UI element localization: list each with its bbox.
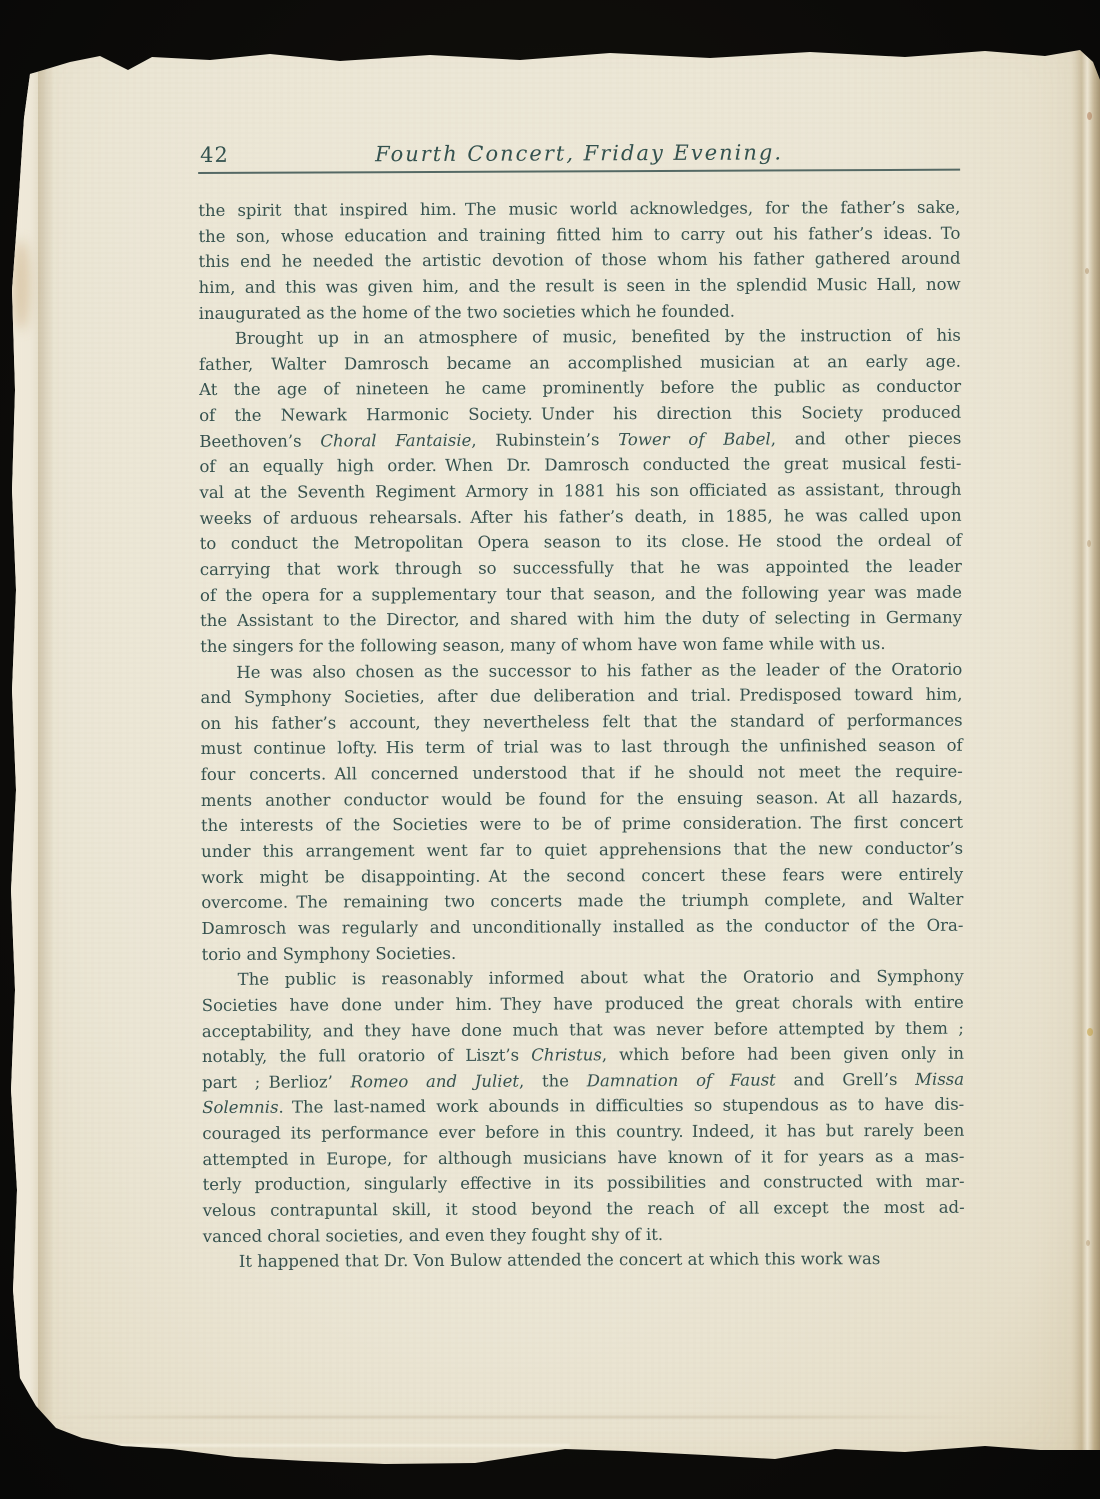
text-line: carrying that work through so successful… <box>200 554 962 583</box>
text-line: the son, whose education and training fi… <box>198 220 960 249</box>
text-line: couraged its performance ever before in … <box>202 1118 964 1147</box>
deckled-edge-shadow <box>38 60 54 1469</box>
text-line: ments another conductor would be found f… <box>201 784 963 813</box>
paragraph: the spirit that inspired him. The music … <box>198 195 961 327</box>
text-line: velous contrapuntal skill, it stood beyo… <box>203 1195 965 1224</box>
text-line: He was also chosen as the successor to h… <box>200 656 962 685</box>
text-line: of the Newark Harmonic Society. Under hi… <box>199 400 961 429</box>
body-text: the spirit that inspired him. The music … <box>198 171 965 1275</box>
text-line: the interests of the Societies were to b… <box>201 810 963 839</box>
text-line: At the age of nineteen he came prominent… <box>199 374 961 403</box>
text-line: torio and Symphony Societies. <box>201 938 963 967</box>
text-line: Beethoven’s Choral Fantaisie, Rubinstein… <box>199 425 961 454</box>
paper-crease <box>45 1416 970 1418</box>
text-line: the singers for the following season, ma… <box>200 631 962 660</box>
text-line: him, and this was given him, and the res… <box>199 272 961 301</box>
text-line: and Symphony Societies, after due delibe… <box>200 682 962 711</box>
text-line: vanced choral societies, and even they f… <box>203 1220 965 1249</box>
text-line: to conduct the Metropolitan Opera season… <box>200 528 962 557</box>
text-line: inaugurated as the home of the two socie… <box>199 297 961 326</box>
paper-age-blotch <box>12 240 30 330</box>
paper-speck <box>1086 1240 1090 1246</box>
text-line: notably, the full oratorio of Liszt’s Ch… <box>202 1041 964 1070</box>
running-header: 42 Fourth Concert, Friday Evening. <box>198 137 960 170</box>
paragraph: He was also chosen as the successor to h… <box>200 656 963 967</box>
text-line: acceptability, and they have done much t… <box>202 1015 964 1044</box>
text-line: Brought up in an atmosphere of music, be… <box>199 323 961 352</box>
paper-speck <box>1087 540 1091 547</box>
page-number: 42 <box>200 140 229 170</box>
text-line: The public is reasonably informed about … <box>202 964 964 993</box>
text-line: of the opera for a supplementary tour th… <box>200 579 962 608</box>
text-line: the Assistant to the Director, and share… <box>200 605 962 634</box>
header-title: Fourth Concert, Friday Evening. <box>375 140 783 166</box>
text-line: the spirit that inspired him. The music … <box>198 195 960 224</box>
text-line: four concerts. All concerned understood … <box>201 759 963 788</box>
paper-speck <box>1085 268 1089 274</box>
text-line: under this arrangement went far to quiet… <box>201 836 963 865</box>
text-line: this end he needed the artistic devotion… <box>198 246 960 275</box>
text-line: work might be disappointing. At the seco… <box>201 861 963 890</box>
page-content: 42 Fourth Concert, Friday Evening. the s… <box>198 137 965 1275</box>
paragraph: It happened that Dr. Von Bulow attended … <box>203 1246 965 1275</box>
paragraph: Brought up in an atmosphere of music, be… <box>199 323 962 660</box>
text-line: part ; Berlioz’ Romeo and Juliet, the Da… <box>202 1066 964 1095</box>
text-line: attempted in Europe, for although musici… <box>202 1143 964 1172</box>
text-line: val at the Seventh Regiment Armory in 18… <box>199 477 961 506</box>
text-line: terly production, singularly effective i… <box>203 1169 965 1198</box>
text-line: Solemnis. The last-named work abounds in… <box>202 1092 964 1121</box>
text-line: weeks of arduous rehearsals. After his f… <box>200 502 962 531</box>
text-line: Damrosch was regularly and unconditional… <box>201 913 963 942</box>
paper-speck <box>1087 112 1092 120</box>
paper-speck <box>1087 1028 1093 1036</box>
text-line: It happened that Dr. Von Bulow attended … <box>203 1246 965 1275</box>
text-line: of an equally high order. When Dr. Damro… <box>199 451 961 480</box>
scanned-page-photo: 42 Fourth Concert, Friday Evening. the s… <box>0 0 1100 1499</box>
text-line: Societies have done under him. They have… <box>202 990 964 1019</box>
text-line: father, Walter Damrosch became an accomp… <box>199 349 961 378</box>
text-line: must continue lofty. His term of trial w… <box>201 733 963 762</box>
book-page: 42 Fourth Concert, Friday Evening. the s… <box>0 0 1100 1499</box>
page-fold-edge <box>1072 50 1100 1465</box>
text-line: on his father’s account, they neverthele… <box>200 707 962 736</box>
paragraph: The public is reasonably informed about … <box>202 964 965 1249</box>
text-line: overcome. The remaining two concerts mad… <box>201 887 963 916</box>
paper-layer-edge <box>30 1444 570 1447</box>
